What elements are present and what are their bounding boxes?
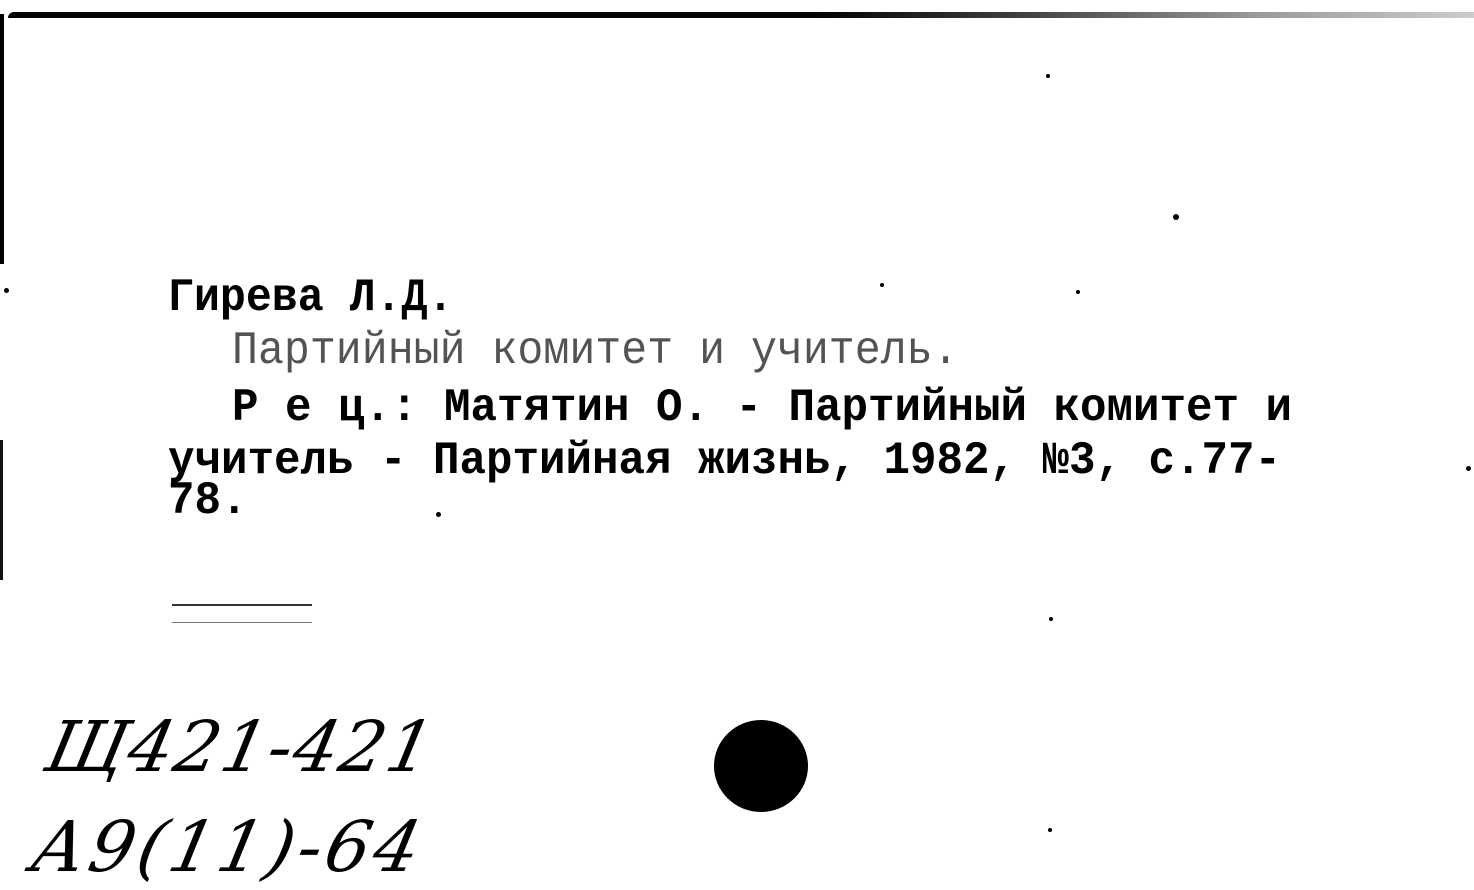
scan-speck	[880, 283, 884, 287]
card-left-edge	[0, 14, 4, 264]
divider-line	[172, 604, 312, 606]
scan-speck	[1046, 74, 1050, 78]
scan-speck	[1173, 214, 1179, 220]
scan-speck	[436, 512, 441, 517]
handwritten-classification: А9(11)-64	[26, 812, 431, 882]
review-line-3: 78.	[168, 478, 248, 524]
review-line-1: Р е ц.: Матятин О. - Партийный комитет и	[232, 385, 1292, 431]
card-left-edge-lower	[0, 440, 3, 580]
punch-hole	[714, 720, 808, 812]
catalog-card: Гирева Л.Д. Партийный комитет и учитель.…	[0, 0, 1474, 890]
scan-speck	[1049, 617, 1053, 621]
work-title: Партийный комитет и учитель.	[232, 328, 959, 374]
divider-line-faint	[172, 622, 312, 623]
scan-speck	[1048, 828, 1052, 832]
handwritten-shelf-code: Щ421-421	[40, 712, 442, 782]
scan-speck	[4, 288, 9, 293]
scan-speck	[1466, 466, 1471, 471]
card-top-edge	[8, 12, 1474, 18]
review-line-2: учитель - Партийная жизнь, 1982, №3, с.7…	[168, 438, 1281, 484]
author-name: Гирева Л.Д.	[168, 275, 453, 321]
scan-speck	[1076, 290, 1080, 294]
